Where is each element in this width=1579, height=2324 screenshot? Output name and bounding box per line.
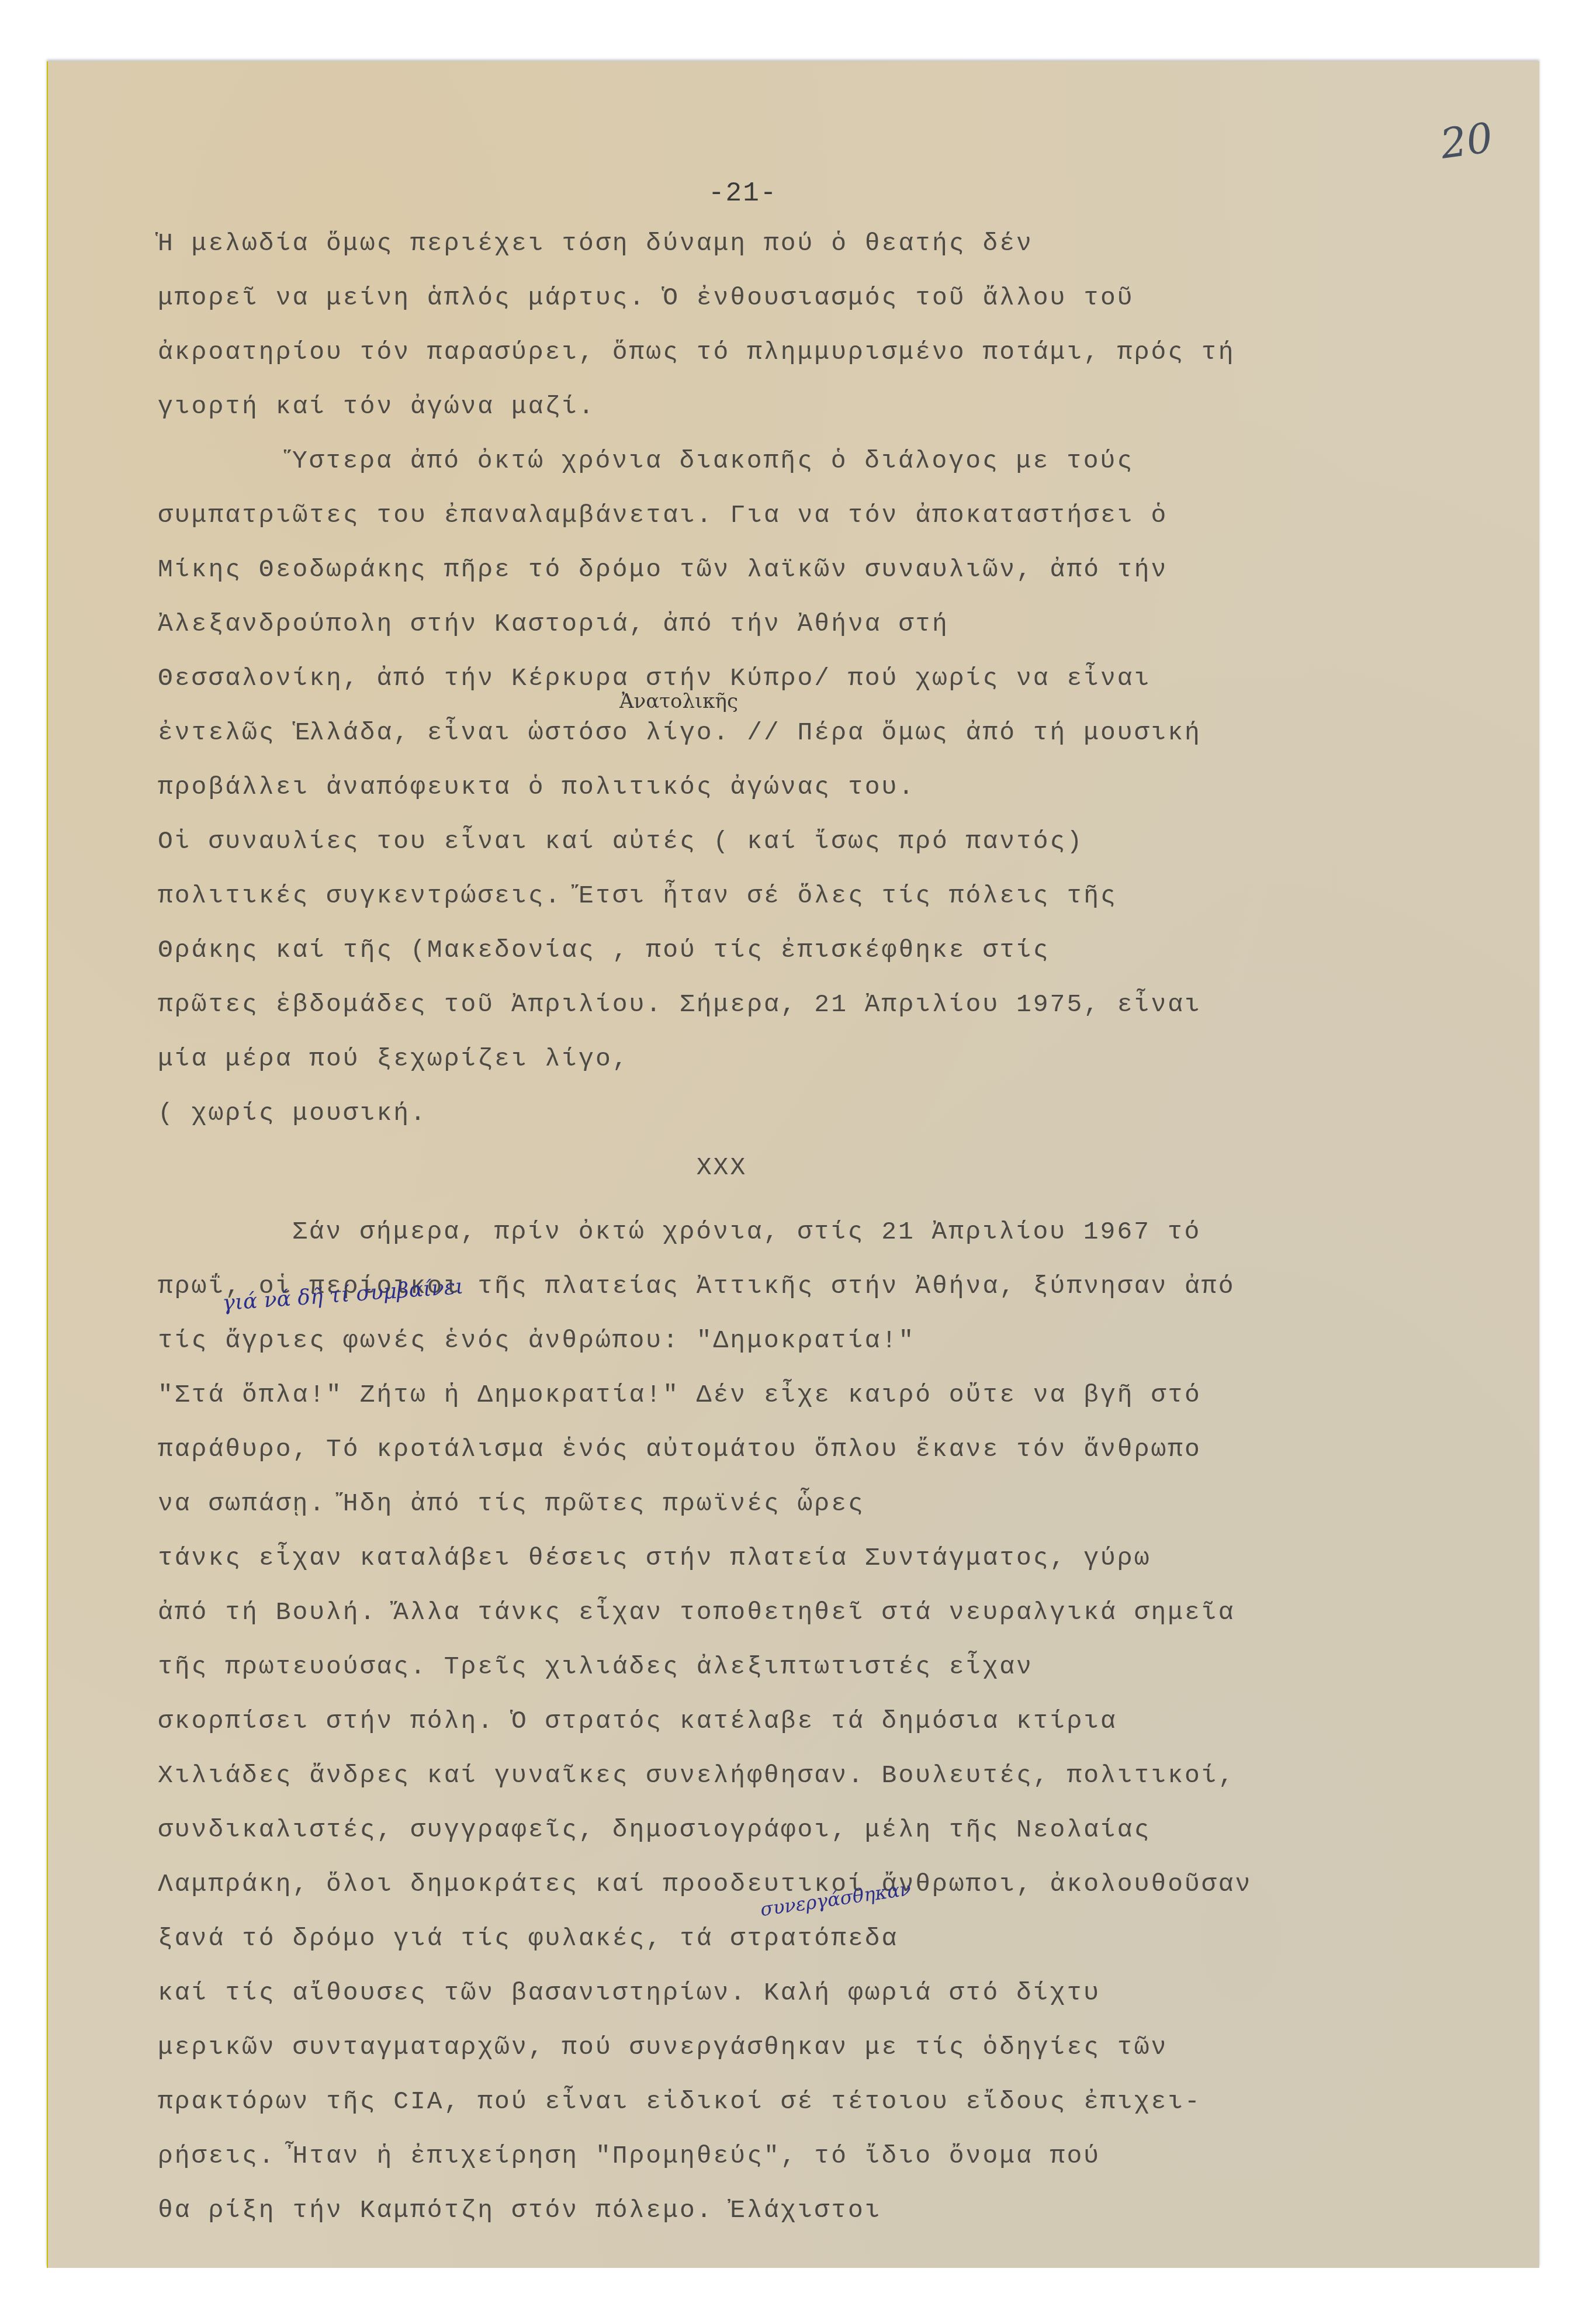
typed-text-body: Ἡ μελωδία ὅμως περιέχει τόση δύναμη πού … [158, 216, 1356, 2237]
text-line: Θράκης καί τῆς (Μακεδονίας , πού τίς ἐπι… [158, 923, 1356, 977]
text-line: να σωπάσῃ. Ἤδη ἀπό τίς πρῶτες πρωϊνές ὧρ… [158, 1476, 1356, 1531]
text-line: τάνκς εἶχαν καταλάβει θέσεις στήν πλατεί… [158, 1531, 1356, 1585]
interlinear-insertion: Ἀνατολικῆς [619, 690, 738, 713]
text-line: Ἀλεξανδρούπολη στήν Καστοριά, ἀπό τήν Ἀθ… [158, 597, 1356, 651]
text-line: Λαμπράκη, ὅλοι δημοκράτες καί προοδευτικ… [158, 1857, 1356, 1911]
text-line: Ὕστερα ἀπό ὀκτώ χρόνια διακοπῆς ὁ διάλογ… [158, 434, 1356, 488]
text-line: Μίκης Θεοδωράκης πῆρε τό δρόμο τῶν λαϊκῶ… [158, 542, 1356, 597]
text-line: Χιλιάδες ἄνδρες καί γυναῖκες συνελήφθησα… [158, 1748, 1356, 1803]
text-line: τίς ἄγριες φωνές ἑνός ἀνθρώπου: "Δημοκρα… [158, 1313, 1356, 1368]
text-line: πρακτόρων τῆς CIA, πού εἶναι εἰδικοί σέ … [158, 2074, 1356, 2129]
text-line: ἀκροατηρίου τόν παρασύρει, ὅπως τό πλημμ… [158, 325, 1356, 379]
text-line: ἐντελῶς Ἑλλάδα, εἶναι ὡστόσο λίγο. // Πέ… [158, 705, 1356, 760]
text-line: Οἱ συναυλίες του εἶναι καί αὐτές ( καί ἴ… [158, 814, 1356, 869]
text-line: συνδικαλιστές, συγγραφεῖς, δημοσιογράφοι… [158, 1803, 1356, 1857]
text-line: συμπατριῶτες του ἐπαναλαμβάνεται. Για να… [158, 488, 1356, 542]
text-line: μπορεῖ να μείνη ἁπλός μάρτυς. Ὁ ἐνθουσια… [158, 271, 1356, 325]
text-line: μερικῶν συνταγματαρχῶν, πού συνεργάσθηκα… [158, 2020, 1356, 2074]
text-line: παράθυρο, Τό κροτάλισμα ἑνός αὐτομάτου ὅ… [158, 1422, 1356, 1476]
text-line: Θεσσαλονίκη, ἀπό τήν Κέρκυρα στήν Κύπρο/… [158, 651, 1356, 705]
text-line: ξανά τό δρόμο γιά τίς φυλακές, τά στρατό… [158, 1911, 1356, 1966]
text-line: καί τίς αἴθουσες τῶν βασανιστηρίων. Καλή… [158, 1966, 1356, 2020]
text-line: προβάλλει ἀναπόφευκτα ὁ πολιτικός ἀγώνας… [158, 760, 1356, 814]
text-line: μία μέρα πού ξεχωρίζει λίγο, [158, 1032, 1356, 1086]
text-line: ρήσεις. Ἦταν ἡ ἐπιχείρηση "Προμηθεύς", τ… [158, 2129, 1356, 2183]
page-number: -21- [708, 178, 777, 209]
text-line: πρῶτες ἑβδομάδες τοῦ Ἀπριλίου. Σήμερα, 2… [158, 977, 1356, 1032]
text-line: "Στά ὅπλα!" Ζήτω ἡ Δημοκρατία!" Δέν εἶχε… [158, 1368, 1356, 1422]
text-line: τῆς πρωτευούσας. Τρεῖς χιλιάδες ἀλεξιπτω… [158, 1640, 1356, 1694]
text-line: πολιτικές συγκεντρώσεις. Ἔτσι ἦταν σέ ὅλ… [158, 869, 1356, 923]
text-line: ἀπό τή Βουλή. Ἄλλα τάνκς εἶχαν τοποθετηθ… [158, 1585, 1356, 1640]
text-line: σκορπίσει στήν πόλη. Ὁ στρατός κατέλαβε … [158, 1694, 1356, 1748]
folio-number: 20 [1438, 113, 1496, 168]
text-line: Ἡ μελωδία ὅμως περιέχει τόση δύναμη πού … [158, 216, 1356, 271]
text-line: ( χωρίς μουσική. [158, 1086, 1356, 1140]
text-line: Σάν σήμερα, πρίν ὀκτώ χρόνια, στίς 21 Ἀπ… [158, 1205, 1356, 1259]
text-line: γιορτή καί τόν ἀγώνα μαζί. [158, 379, 1356, 434]
text-line: θα ρίξη τήν Καμπότζη στόν πόλεμο. Ἐλάχισ… [158, 2183, 1356, 2237]
section-separator: XXX [158, 1140, 1356, 1205]
